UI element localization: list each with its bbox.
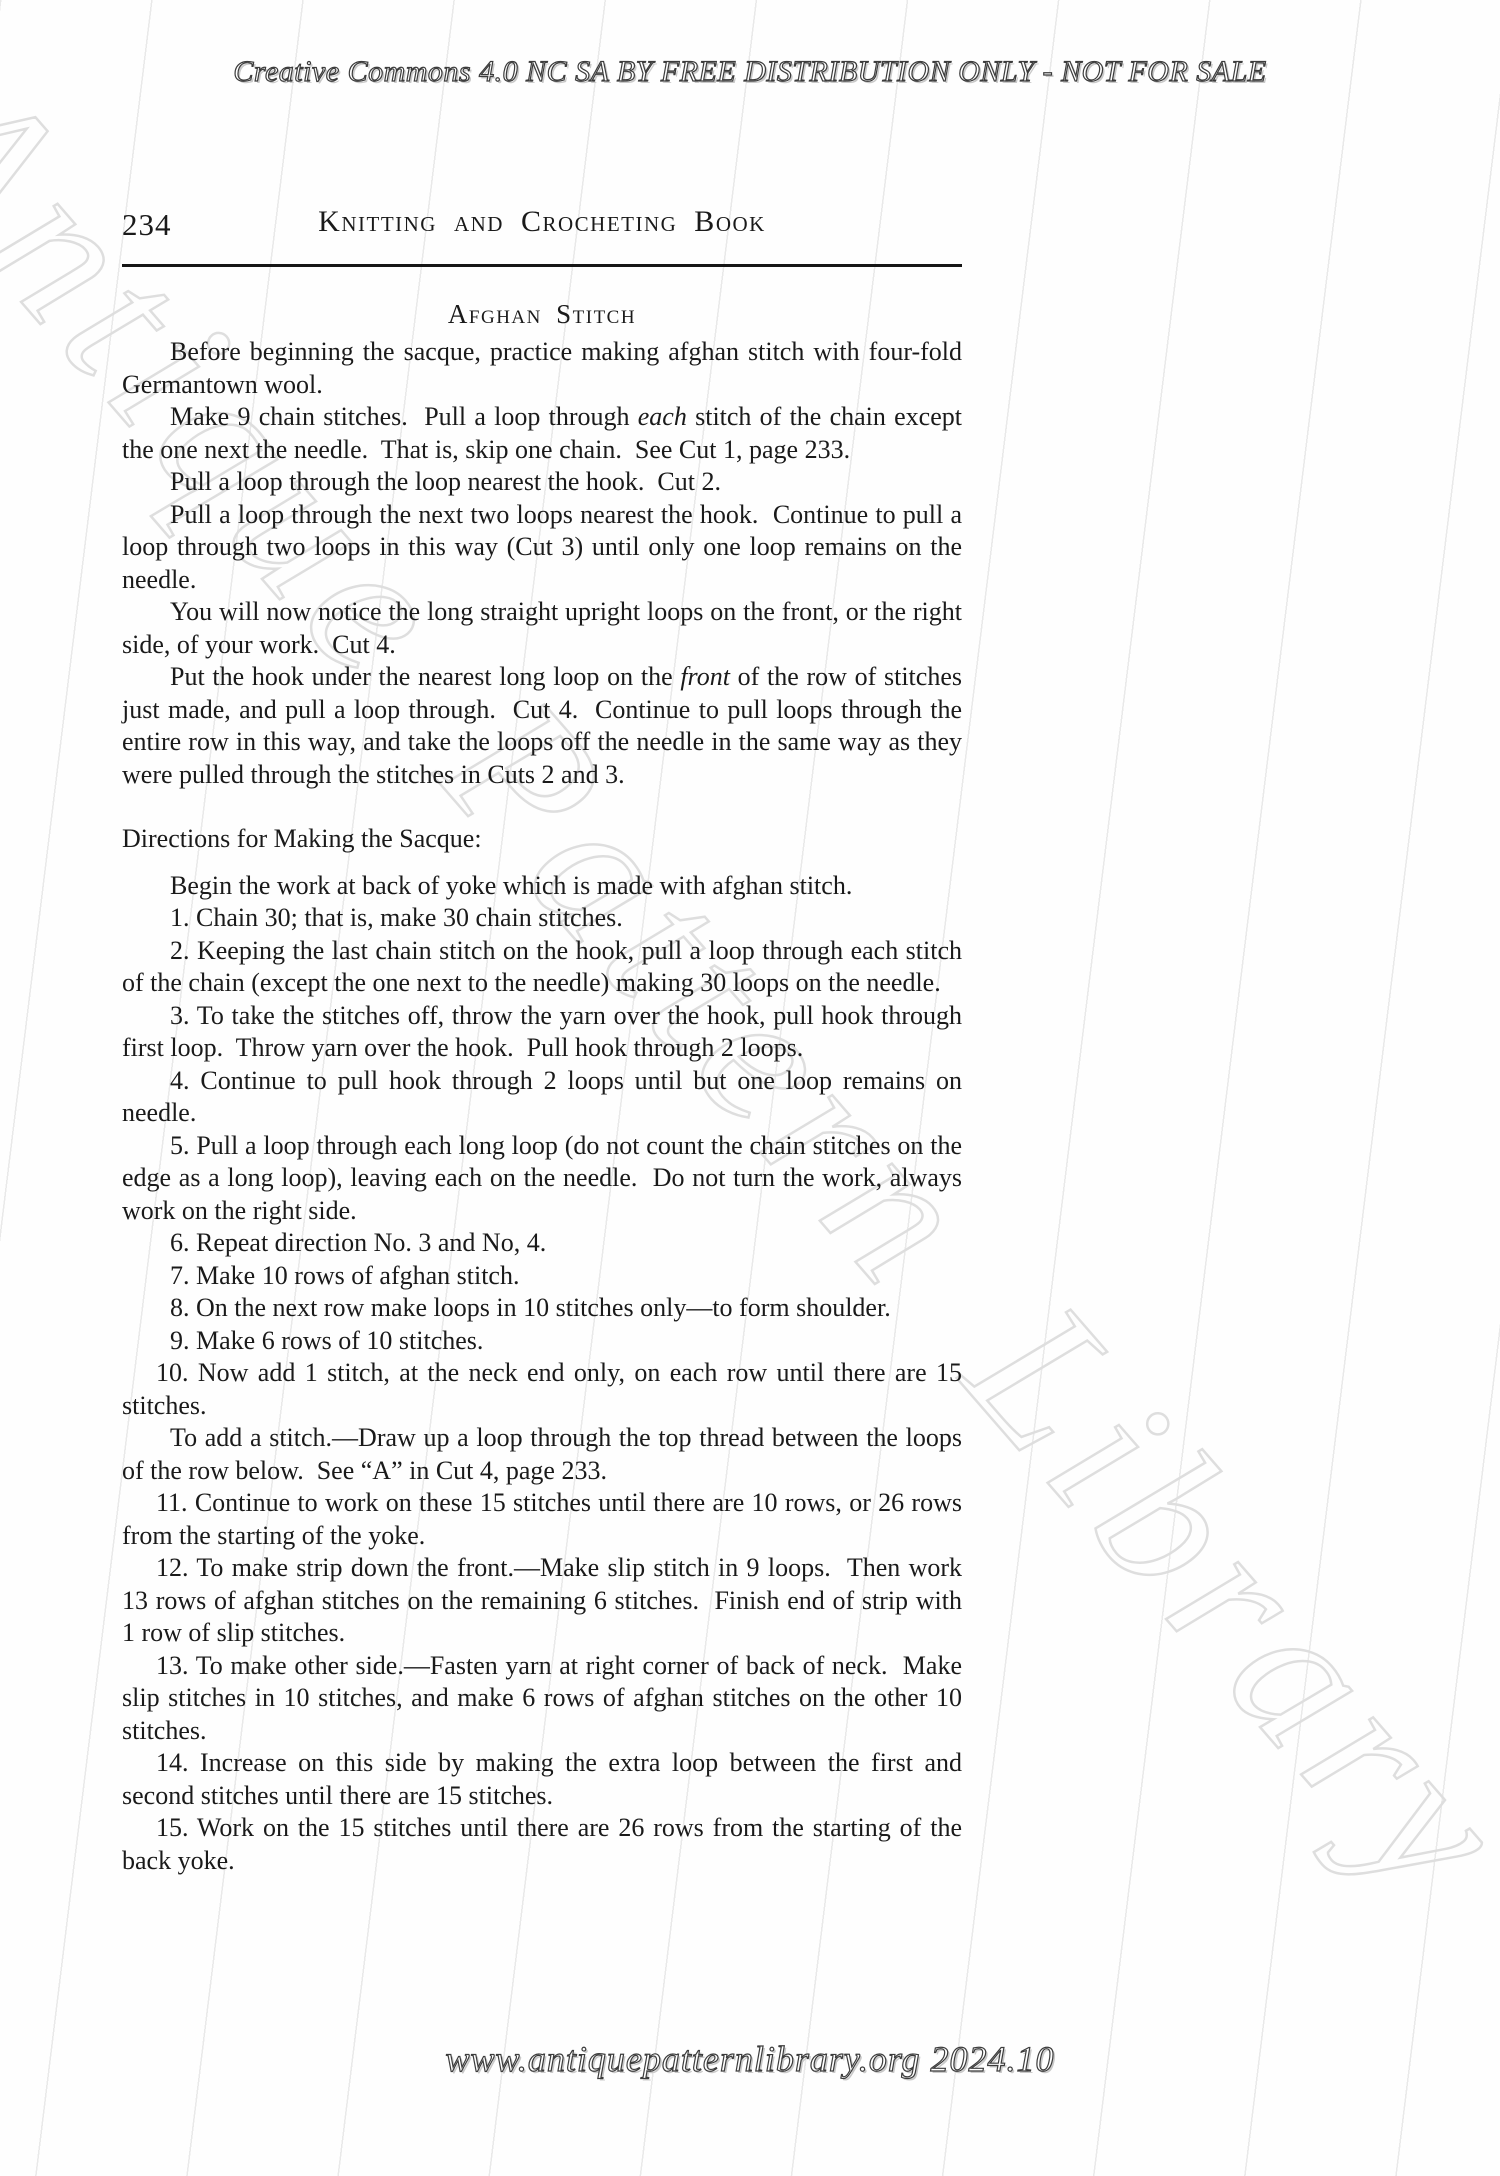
section-subheading: Directions for Making the Sacque:: [122, 823, 962, 856]
book-title: Knitting and Crocheting Book: [122, 205, 962, 239]
paragraph: 1. Chain 30; that is, make 30 chain stit…: [122, 902, 962, 935]
paragraph: 13. To make other side.—Fasten yarn at r…: [122, 1650, 962, 1748]
paragraph: 12. To make strip down the front.—Make s…: [122, 1552, 962, 1650]
paragraph: 7. Make 10 rows of afghan stitch.: [122, 1260, 962, 1293]
paragraph: Pull a loop through the loop nearest the…: [122, 466, 962, 499]
section-heading: Afghan Stitch: [122, 299, 962, 330]
paragraph: 2. Keeping the last chain stitch on the …: [122, 935, 962, 1000]
paragraph: 11. Continue to work on these 15 stitche…: [122, 1487, 962, 1552]
paragraph: 15. Work on the 15 stitches until there …: [122, 1812, 962, 1877]
page-number: 234: [122, 207, 172, 243]
body-text: Before beginning the sacque, practice ma…: [122, 336, 962, 1877]
paragraph: Before beginning the sacque, practice ma…: [122, 336, 962, 401]
paragraph: 10. Now add 1 stitch, at the neck end on…: [122, 1357, 962, 1422]
license-notice: Creative Commons 4.0 NC SA BY FREE DISTR…: [0, 55, 1500, 89]
paragraph: 14. Increase on this side by making the …: [122, 1747, 962, 1812]
paragraph: To add a stitch.—Draw up a loop through …: [122, 1422, 962, 1487]
paragraph: Begin the work at back of yoke which is …: [122, 870, 962, 903]
paragraph: 6. Repeat direction No. 3 and No, 4.: [122, 1227, 962, 1260]
paragraph: You will now notice the long straight up…: [122, 596, 962, 661]
paragraph: 8. On the next row make loops in 10 stit…: [122, 1292, 962, 1325]
paragraph: 9. Make 6 rows of 10 stitches.: [122, 1325, 962, 1358]
header-rule: [122, 264, 962, 267]
paragraph: Put the hook under the nearest long loop…: [122, 661, 962, 791]
paragraph: 3. To take the stitches off, throw the y…: [122, 1000, 962, 1065]
running-head: 234 Knitting and Crocheting Book: [122, 205, 962, 243]
paragraph: 4. Continue to pull hook through 2 loops…: [122, 1065, 962, 1130]
paragraph: 5. Pull a loop through each long loop (d…: [122, 1130, 962, 1228]
scanned-book-page: Antique Pattern Library Creative Commons…: [0, 0, 1500, 2176]
paragraph: Make 9 chain stitches. Pull a loop throu…: [122, 401, 962, 466]
page-content: 234 Knitting and Crocheting Book Afghan …: [122, 205, 962, 1877]
footer-url: www.antiquepatternlibrary.org 2024.10: [0, 2038, 1500, 2080]
paragraph: Pull a loop through the next two loops n…: [122, 499, 962, 597]
